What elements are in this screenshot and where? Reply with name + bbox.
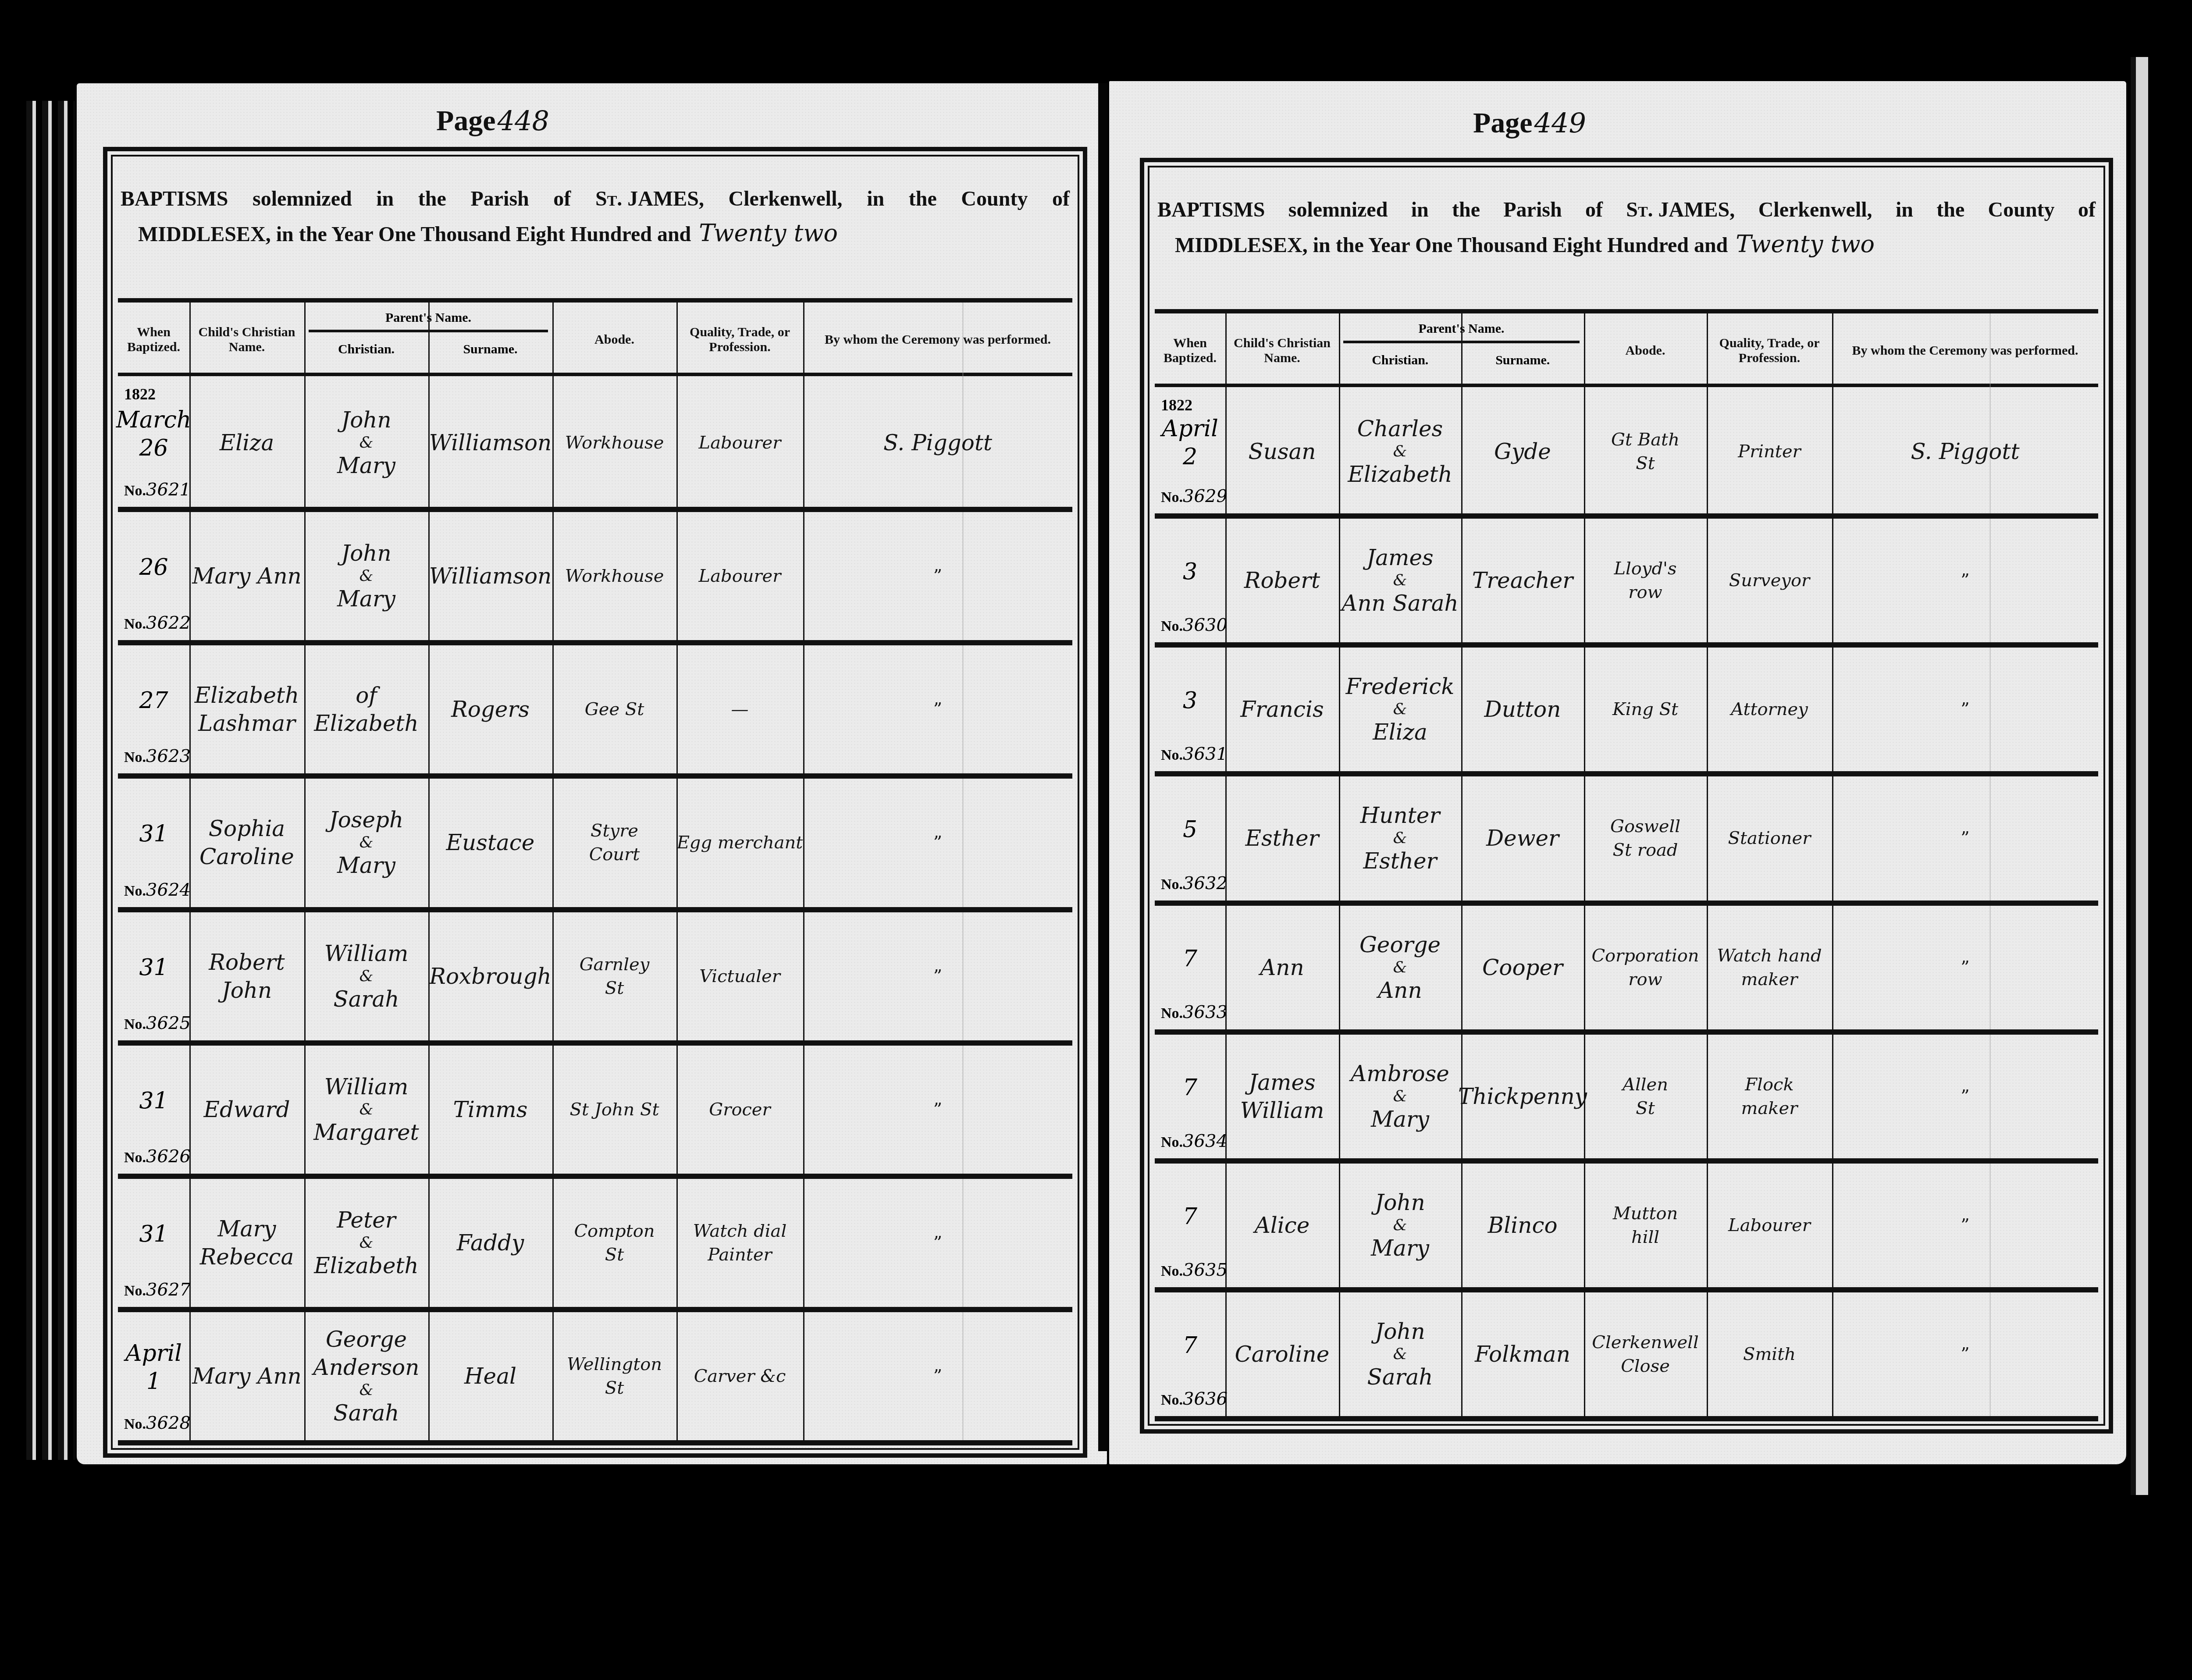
parents-surname-text: Faddy [457, 1229, 524, 1257]
parents-christian-names-line: John [1375, 1189, 1425, 1217]
parents-christian-names-line: & [1393, 1088, 1407, 1105]
abode-line: hill [1631, 1225, 1659, 1249]
register-number: No.3633 [1161, 1002, 1228, 1022]
parents-surname-text: Williamson [429, 429, 552, 457]
parents-christian-names: John&Mary [304, 376, 428, 509]
column-header-surname: Surname. [1462, 353, 1584, 368]
officiating-minister-text: ” [1961, 695, 1969, 723]
abode-line: Compton [574, 1219, 655, 1243]
quality-trade-profession: Carver &c [676, 1310, 803, 1443]
register-number-prefix: No. [124, 883, 146, 899]
child-christian-name-line: Mary Ann [192, 562, 302, 590]
heading-handwritten-year: Twenty two [1736, 230, 1875, 258]
quality-trade-profession: Stationer [1707, 774, 1832, 903]
heading-line-1: BAPTISMSsolemnizedintheParishofSt. JAMES… [121, 182, 1070, 216]
register-number-prefix: No. [1161, 1005, 1183, 1022]
date-part: 26 [139, 553, 168, 581]
abode-line: Gt Bath [1611, 428, 1680, 452]
abode-line: St [1636, 452, 1655, 475]
heading-word: the [1452, 193, 1480, 227]
parents-christian-names-line: & [1393, 959, 1407, 976]
abode: Workhouse [552, 376, 676, 509]
parents-christian-names-line: Peter [337, 1206, 396, 1234]
column-header-abode: Abode. [552, 307, 676, 373]
parents-christian-names: Frederick&Eliza [1339, 645, 1461, 774]
abode-line: Clerkenwell [1592, 1331, 1698, 1354]
quality-trade-profession-line: Stationer [1728, 826, 1811, 850]
register-entry: 3No.3630RobertJames&Ann SarahTreacherLlo… [1155, 516, 2098, 645]
child-christian-name: SophiaCaroline [189, 776, 304, 909]
column-header-christian: Christian. [1339, 353, 1462, 368]
date-part: April [1162, 415, 1218, 443]
book-page-edges-right [2131, 57, 2148, 1495]
parents-christian-names-line: & [359, 1234, 373, 1252]
register-number-value: 3626 [146, 1146, 191, 1167]
officiating-minister-text: ” [1961, 566, 1969, 594]
book-page-edges-left [26, 101, 75, 1460]
register-number: No.3623 [124, 746, 191, 766]
abode: StyreCourt [552, 776, 676, 909]
parents-christian-names-line: of Elizabeth [304, 681, 428, 737]
column-header-when-baptized: When Baptized. [118, 307, 189, 373]
page-number-value: 448 [498, 105, 549, 137]
parents-christian-names: James&Ann Sarah [1339, 516, 1461, 645]
parents-christian-names: Charles&Elizabeth [1339, 387, 1461, 516]
abode-line: Gee St [585, 698, 644, 721]
register-entry: 7No.3634JamesWilliamAmbrose&MaryThickpen… [1155, 1032, 2098, 1161]
date-part: 31 [139, 954, 168, 982]
register-number-prefix: No. [124, 483, 146, 499]
parents-christian-names-line: & [359, 834, 373, 851]
register-number: No.3634 [1161, 1131, 1228, 1151]
quality-trade-profession-line: Labourer [699, 431, 781, 455]
register-number-value: 3623 [146, 746, 191, 766]
abode-line: Allen [1623, 1073, 1668, 1096]
abode-line: St [605, 1243, 624, 1267]
abode-line: row [1628, 580, 1662, 604]
parents-surname-text: Gyde [1494, 438, 1551, 466]
abode-line: Workhouse [565, 564, 664, 588]
parents-surname: Roxbrough [428, 910, 552, 1043]
register-number: No.3630 [1161, 615, 1228, 635]
parents-christian-names-line: Mary [337, 452, 395, 480]
parents-surname-text: Blinco [1487, 1211, 1557, 1239]
child-christian-name-line: Esther [1245, 824, 1319, 852]
register-number-prefix: No. [124, 1283, 146, 1299]
page-number: Page448 [436, 104, 549, 138]
parents-surname-text: Folkman [1475, 1340, 1570, 1368]
header-top-rule [1155, 309, 2098, 313]
page-label: Page [1473, 107, 1533, 139]
child-christian-name-line: Mary [217, 1215, 276, 1243]
register-number-value: 3635 [1183, 1260, 1228, 1280]
child-christian-name: JamesWilliam [1225, 1032, 1339, 1161]
column-header-child-name: Child's Christian Name. [189, 307, 304, 373]
date-part: 7 [1183, 1331, 1197, 1360]
register-frame: BAPTISMSsolemnizedintheParishofSt. JAMES… [103, 147, 1087, 1458]
heading-word: St. JAMES, [595, 182, 704, 216]
parents-surname-text: Dewer [1486, 824, 1559, 852]
abode: Gee St [552, 643, 676, 776]
register-number-value: 3621 [146, 480, 191, 500]
abode-line: King St [1612, 698, 1678, 721]
heading-word: in [376, 182, 394, 216]
officiating-minister: ” [1832, 903, 2098, 1032]
parents-surname-text: Heal [464, 1362, 516, 1390]
parents-christian-names-line: Mary [1371, 1105, 1429, 1133]
heading-word: of [2078, 193, 2096, 227]
entries-list: 1822April2No.3629SusanCharles&ElizabethG… [1155, 387, 2098, 1419]
heading-handwritten-year: Twenty two [699, 219, 838, 247]
child-christian-name: Susan [1225, 387, 1339, 516]
heading-word: County [1988, 193, 2055, 227]
parents-christian-names-line: Elizabeth [1348, 460, 1452, 488]
register-number-value: 3630 [1183, 615, 1228, 635]
heading-printed-text: MIDDLESEX, in the Year One Thousand Eigh… [1175, 234, 1728, 257]
register-number-value: 3622 [146, 613, 191, 633]
abode-line: St John St [569, 1098, 659, 1121]
header-bottom-rule [118, 373, 1072, 376]
officiating-minister: ” [803, 1310, 1072, 1443]
parents-surname-text: Cooper [1482, 954, 1563, 982]
parents-surname-text: Eustace [446, 829, 535, 857]
date-part: 1 [146, 1367, 161, 1395]
officiating-minister-text: ” [1961, 1211, 1969, 1239]
abode-line: Goswell [1610, 815, 1680, 838]
heading-word: in [867, 182, 884, 216]
child-christian-name-line: Edward [203, 1096, 290, 1124]
register-number: No.3621 [124, 480, 191, 500]
register-number-prefix: No. [124, 749, 146, 765]
register-number-prefix: No. [124, 1016, 146, 1032]
quality-trade-profession-line: Watch hand [1717, 944, 1822, 968]
register-number: No.3627 [124, 1280, 191, 1300]
date-part: 27 [139, 687, 168, 715]
date-part: 7 [1183, 1203, 1197, 1231]
quality-trade-profession: Egg merchant [676, 776, 803, 909]
parents-surname-text: Williamson [429, 562, 552, 590]
parents-christian-names-line: & [359, 1381, 373, 1399]
quality-trade-profession-line: Watch dial [693, 1219, 786, 1243]
register-entry: 26No.3622Mary AnnJohn&MaryWilliamsonWork… [118, 509, 1072, 643]
parents-surname: Folkman [1461, 1290, 1584, 1419]
abode-line: St [605, 976, 624, 1000]
register-number-prefix: No. [1161, 1263, 1183, 1279]
parents-christian-names-line: Eliza [1373, 718, 1427, 746]
child-christian-name-line: Rebecca [200, 1243, 294, 1271]
parents-christian-names: George&Ann [1339, 903, 1461, 1032]
parents-christian-names-line: John [1375, 1317, 1425, 1345]
child-christian-name-line: Caroline [199, 843, 294, 871]
officiating-minister-text: ” [1961, 1082, 1969, 1111]
officiating-minister-text: ” [1961, 954, 1969, 982]
heading-word: BAPTISMS [1157, 193, 1265, 227]
register-number-prefix: No. [1161, 1392, 1183, 1408]
quality-trade-profession: Flockmaker [1707, 1032, 1832, 1161]
parents-christian-names-line: & [1393, 1217, 1407, 1234]
parents-christian-names-line: Ambrose [1351, 1060, 1449, 1088]
parents-christian-names: Peter&Elizabeth [304, 1176, 428, 1310]
heading-word: of [1585, 193, 1603, 227]
parents-christian-names-line: Anderson [313, 1353, 420, 1381]
quality-trade-profession: Surveyor [1707, 516, 1832, 645]
register-number-prefix: No. [1161, 747, 1183, 763]
child-christian-name-line: Ann [1260, 954, 1304, 982]
officiating-minister-text: ” [933, 1096, 942, 1124]
parents-christian-names-line: Sarah [334, 985, 399, 1013]
officiating-minister: ” [1832, 1290, 2098, 1419]
child-christian-name-line: John [222, 976, 272, 1004]
column-header-by-whom: By whom the Ceremony was performed. [803, 307, 1072, 373]
heading-line-1: BAPTISMSsolemnizedintheParishofSt. JAMES… [1157, 193, 2096, 227]
parents-christian-names: John&Sarah [1339, 1290, 1461, 1419]
column-header-christian: Christian. [304, 342, 428, 357]
book-gutter [1098, 83, 1108, 1451]
officiating-minister-text: ” [933, 1229, 942, 1257]
register-entry: 27No.3623ElizabethLashmarof ElizabethRog… [118, 643, 1072, 776]
quality-trade-profession: Grocer [676, 1043, 803, 1176]
register-number-value: 3625 [146, 1013, 191, 1033]
register-heading: BAPTISMSsolemnizedintheParishofSt. JAMES… [121, 182, 1070, 252]
abode-line: Lloyd's [1614, 557, 1676, 580]
register-number-prefix: No. [1161, 618, 1183, 634]
register-entry: April1No.3628Mary AnnGeorgeAnderson&Sara… [118, 1310, 1072, 1443]
officiating-minister-text: S. Piggott [883, 429, 992, 457]
date-part: 31 [139, 1220, 168, 1248]
register-entry: 31No.3626EdwardWilliam&MargaretTimmsSt J… [118, 1043, 1072, 1176]
register-entry: 1822March26No.3621ElizaJohn&MaryWilliams… [118, 376, 1072, 509]
quality-trade-profession: Printer [1707, 387, 1832, 516]
heading-word: Clerkenwell, [1758, 193, 1872, 227]
quality-trade-profession-line: Flock [1745, 1073, 1793, 1096]
heading-word: Clerkenwell, [729, 182, 843, 216]
parents-christian-names-line: & [359, 1101, 373, 1118]
register-number-prefix: No. [124, 616, 146, 632]
parents-christian-names-line: & [1393, 572, 1407, 589]
register-number: No.3629 [1161, 486, 1228, 506]
parents-christian-names-line: Sarah [1367, 1363, 1433, 1391]
parents-surname: Dewer [1461, 774, 1584, 903]
parents-christian-names-line: Mary [337, 585, 395, 613]
abode: Workhouse [552, 509, 676, 643]
heading-line-2: MIDDLESEX, in the Year One Thousand Eigh… [1157, 227, 2096, 263]
quality-trade-profession-line: maker [1741, 1096, 1798, 1120]
officiating-minister: ” [1832, 516, 2098, 645]
child-christian-name: Alice [1225, 1161, 1339, 1290]
register-number-value: 3628 [146, 1413, 191, 1433]
officiating-minister: ” [803, 643, 1072, 776]
child-christian-name-line: Alice [1255, 1211, 1310, 1239]
register-number-value: 3633 [1183, 1002, 1228, 1022]
register-number: No.3636 [1161, 1389, 1228, 1409]
parents-surname: Faddy [428, 1176, 552, 1310]
header-top-rule [118, 298, 1072, 303]
quality-trade-profession: Smith [1707, 1290, 1832, 1419]
parents-surname: Timms [428, 1043, 552, 1176]
date-part: 7 [1183, 945, 1197, 973]
parents-christian-names-line: Esther [1363, 847, 1437, 875]
parents-surname: Williamson [428, 376, 552, 509]
officiating-minister: S. Piggott [1832, 387, 2098, 516]
child-christian-name: Robert [1225, 516, 1339, 645]
child-christian-name: Eliza [189, 376, 304, 509]
officiating-minister-text: ” [933, 562, 942, 590]
abode: ClerkenwellClose [1584, 1290, 1707, 1419]
entry-divider-rule [1155, 1416, 2098, 1421]
officiating-minister-text: ” [933, 962, 942, 990]
quality-trade-profession-line: Carver &c [694, 1364, 786, 1388]
heading-word: the [909, 182, 937, 216]
abode: AllenSt [1584, 1032, 1707, 1161]
parents-surname: Heal [428, 1310, 552, 1443]
heading-word: Parish [1503, 193, 1562, 227]
register-number: No.3626 [124, 1146, 191, 1167]
heading-word: St. JAMES, [1626, 193, 1735, 227]
parents-christian-names: Joseph&Mary [304, 776, 428, 909]
child-christian-name: RobertJohn [189, 910, 304, 1043]
child-christian-name-line: Lashmar [198, 709, 295, 737]
parents-christian-names-line: George [326, 1325, 407, 1353]
heading-word: solemnized [253, 182, 352, 216]
quality-trade-profession: Attorney [1707, 645, 1832, 774]
date-part: 3 [1183, 558, 1197, 586]
officiating-minister-text: ” [1961, 824, 1969, 852]
parents-surname-text: Treacher [1472, 566, 1573, 594]
abode-line: Mutton [1613, 1202, 1678, 1225]
parents-christian-names-line: Ann [1378, 976, 1422, 1004]
page-number-value: 449 [1534, 107, 1586, 139]
register-number-prefix: No. [1161, 1134, 1183, 1150]
parents-surname: Treacher [1461, 516, 1584, 645]
parents-christian-names-line: James [1366, 544, 1434, 572]
officiating-minister: ” [803, 1043, 1072, 1176]
entries-list: 1822March26No.3621ElizaJohn&MaryWilliams… [118, 376, 1072, 1443]
parents-christian-names: Ambrose&Mary [1339, 1032, 1461, 1161]
quality-trade-profession: Labourer [1707, 1161, 1832, 1290]
parents-surname-text: Roxbrough [429, 962, 551, 990]
register-number-value: 3636 [1183, 1389, 1228, 1409]
child-christian-name-line: Robert [1244, 566, 1320, 594]
register-entry: 5No.3632EstherHunter&EstherDewerGoswellS… [1155, 774, 2098, 903]
child-christian-name: Esther [1225, 774, 1339, 903]
child-christian-name-line: Caroline [1235, 1340, 1330, 1368]
heading-word: the [418, 182, 446, 216]
parents-christian-names-line: Elizabeth [314, 1252, 419, 1280]
quality-trade-profession-line: Labourer [1728, 1214, 1811, 1237]
officiating-minister-text: ” [933, 1362, 942, 1390]
abode-line: St [1636, 1096, 1655, 1120]
quality-trade-profession-line: Grocer [709, 1098, 770, 1121]
officiating-minister: ” [1832, 645, 2098, 774]
date-part: 2 [1183, 443, 1197, 471]
parents-christian-names-line: William [324, 1073, 409, 1101]
register-entry: 7No.3636CarolineJohn&SarahFolkmanClerken… [1155, 1290, 2098, 1419]
abode: GoswellSt road [1584, 774, 1707, 903]
parents-surname-text: Thickpenny [1458, 1082, 1587, 1111]
register-number: No.3624 [124, 880, 191, 900]
page-number: Page449 [1473, 107, 1586, 140]
heading-word: BAPTISMS [121, 182, 228, 216]
heading-word: in [1896, 193, 1913, 227]
child-christian-name-line: Sophia [209, 815, 285, 843]
child-christian-name-line: Eliza [220, 429, 274, 457]
date-part: 5 [1183, 815, 1197, 844]
officiating-minister-text: ” [1961, 1340, 1969, 1368]
parents-christian-names: John&Mary [1339, 1161, 1461, 1290]
register-number-value: 3627 [146, 1280, 191, 1300]
parents-christian-names-line: & [1393, 1345, 1407, 1363]
register-table: When Baptized.Child's Christian Name.Abo… [118, 298, 1072, 1443]
quality-trade-profession-line: Smith [1743, 1342, 1796, 1366]
header-bottom-rule [1155, 384, 2098, 387]
register-page-left: Page448 BAPTISMSsolemnizedintheParishofS… [77, 83, 1107, 1464]
parents-christian-names-line: & [359, 567, 373, 585]
register-entry: 31No.3627MaryRebeccaPeter&ElizabethFaddy… [118, 1176, 1072, 1310]
officiating-minister-text: ” [933, 695, 942, 723]
parents-surname: Williamson [428, 509, 552, 643]
parents-christian-names: William&Sarah [304, 910, 428, 1043]
child-christian-name: Ann [1225, 903, 1339, 1032]
register-entry: 31No.3624SophiaCarolineJoseph&MaryEustac… [118, 776, 1072, 909]
parents-christian-names-line: Joseph [329, 806, 404, 834]
date-part: 31 [139, 820, 168, 848]
column-header-when-baptized: When Baptized. [1155, 318, 1225, 384]
heading-line-2: MIDDLESEX, in the Year One Thousand Eigh… [121, 216, 1070, 252]
abode-line: Workhouse [565, 431, 664, 455]
child-christian-name-line: James [1249, 1068, 1316, 1096]
parents-surname: Gyde [1461, 387, 1584, 516]
parents-surname-text: Timms [453, 1096, 528, 1124]
parents-christian-names-line: William [324, 940, 409, 968]
child-christian-name-line: William [1240, 1096, 1324, 1125]
parents-christian-names-line: Frederick [1346, 673, 1455, 701]
heading-word: County [961, 182, 1028, 216]
parents-surname: Dutton [1461, 645, 1584, 774]
page-label: Page [436, 105, 496, 137]
register-number: No.3622 [124, 613, 191, 633]
parents-christian-names-line: George [1359, 931, 1441, 959]
abode: ComptonSt [552, 1176, 676, 1310]
child-christian-name: Mary Ann [189, 1310, 304, 1443]
date-part: March [116, 406, 192, 434]
register-number-value: 3634 [1183, 1131, 1228, 1151]
abode-line: St road [1613, 838, 1678, 862]
register-page-right: Page449 BAPTISMSsolemnizedintheParishofS… [1109, 81, 2126, 1464]
register-number-prefix: No. [1161, 876, 1183, 893]
heading-word: of [553, 182, 571, 216]
parents-christian-names-line: Hunter [1360, 801, 1440, 829]
quality-trade-profession: Watch handmaker [1707, 903, 1832, 1032]
register-number-prefix: No. [1161, 489, 1183, 505]
parents-christian-names: of Elizabeth [304, 643, 428, 776]
quality-trade-profession-line: Labourer [699, 564, 781, 588]
child-christian-name-line: Mary Ann [192, 1362, 302, 1390]
parents-christian-names-line: Mary [1371, 1234, 1429, 1262]
column-header-surname: Surname. [428, 342, 552, 357]
parents-christian-names-line: Margaret [313, 1118, 419, 1146]
abode-line: Garnley [580, 953, 650, 976]
register-number-prefix: No. [124, 1416, 146, 1432]
parents-christian-names-line: John [341, 539, 391, 567]
parents-christian-names-line: & [359, 968, 373, 985]
column-header-quality: Quality, Trade, or Profession. [676, 307, 803, 373]
abode-line: St [605, 1376, 624, 1400]
quality-trade-profession: Victualer [676, 910, 803, 1043]
heading-printed-text: MIDDLESEX, in the Year One Thousand Eigh… [138, 223, 691, 246]
abode: King St [1584, 645, 1707, 774]
column-header-child-name: Child's Christian Name. [1225, 318, 1339, 384]
child-christian-name-line: Elizabeth [195, 681, 299, 709]
